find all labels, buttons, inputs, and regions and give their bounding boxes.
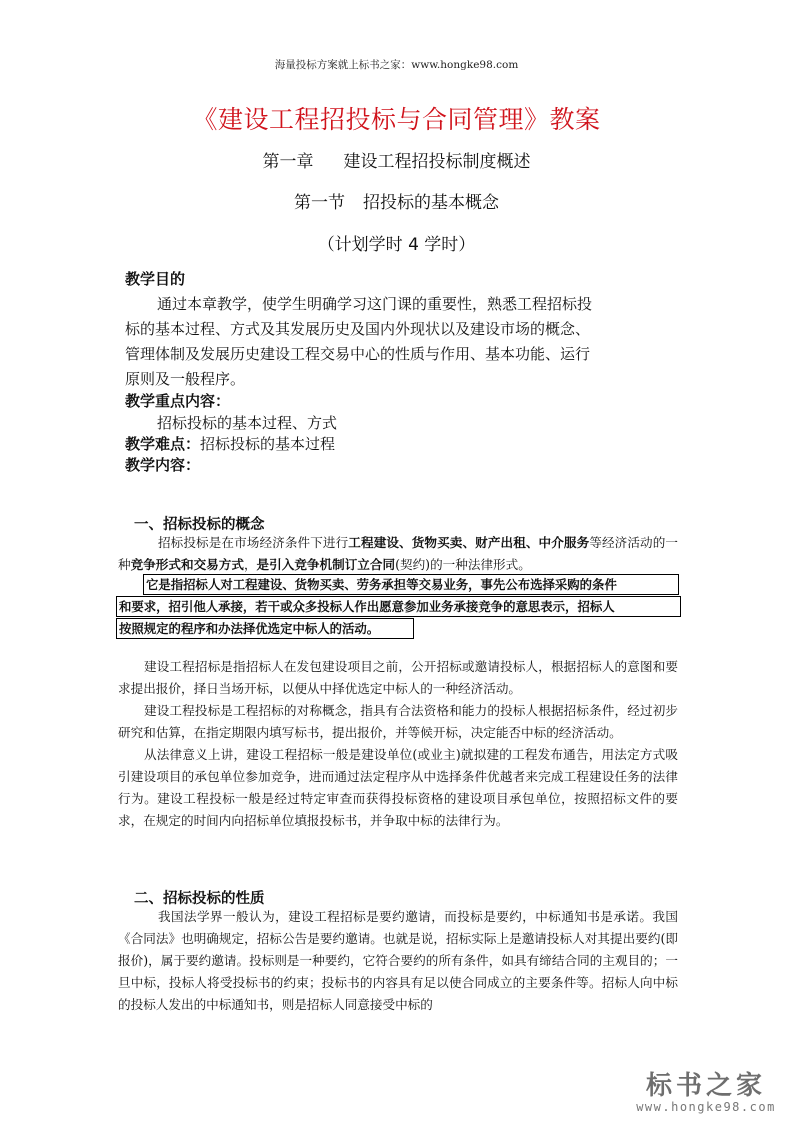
objectives-block: 教学目的 通过本章教学，使学生明确学习这门课的重要性，熟悉工程招标投 标的基本过…: [125, 267, 635, 392]
boxed-definition-line-2: 和要求，招引他人承接，若干或众多投标人作出愿意参加业务承接竞争的意思表示，招标人: [116, 596, 681, 617]
difficulty-label: 教学难点：: [125, 435, 200, 453]
p3-text: 建设工程投标是工程招标的对称概念，指具有合法资格和能力的投标人根据招标条件，经过…: [118, 700, 678, 744]
watermark-logo: 标书之家 www.hongke98.com: [631, 1065, 781, 1114]
p1-text-a: 招标投标是在市场经济条件下进行: [158, 535, 348, 550]
p1-bold-d: 竞争形式和交易方式: [131, 557, 244, 572]
objectives-line-2: 标的基本过程、方式及其发展历史及国内外现状以及建设市场的概念、: [125, 317, 635, 342]
section2-p1-text: 我国法学界一般认为，建设工程招标是要约邀请，而投标是要约，中标通知书是承诺。我国…: [118, 906, 678, 1016]
section-heading: 第一节招投标的基本概念: [0, 188, 793, 213]
section2-paragraph-1: 我国法学界一般认为，建设工程招标是要约邀请，而投标是要约，中标通知书是承诺。我国…: [118, 906, 678, 1016]
objectives-line-4: 原则及一般程序。: [125, 367, 635, 392]
chapter-number: 第一章: [263, 152, 314, 172]
difficulty-row: 教学难点：招标投标的基本过程: [125, 434, 635, 455]
section1-heading: 一、招标投标的概念: [134, 513, 265, 534]
key-points-label: 教学重点内容：: [125, 391, 635, 412]
p1-bold-f: 是引入竞争机制订立合同: [257, 557, 396, 572]
watermark-brand: 标书之家: [631, 1065, 781, 1102]
p1-bold-b: 工程建设、货物买卖、财产出租、中介服务: [348, 535, 589, 550]
chapter-heading: 第一章建设工程招投标制度概述: [0, 147, 793, 172]
objectives-line-1: 通过本章教学，使学生明确学习这门课的重要性，熟悉工程招标投: [125, 292, 635, 317]
objectives-label: 教学目的: [125, 267, 635, 292]
section1-paragraph-2: 建设工程招标是指招标人在发包建设项目之前，公开招标或邀请投标人，根据招标人的意图…: [118, 656, 678, 832]
boxed-definition-line-1: 它是指招标人对工程建设、货物买卖、劳务承担等交易业务，事先公布选择采购的条件: [143, 574, 679, 595]
section1-paragraph-1: 招标投标是在市场经济条件下进行工程建设、货物买卖、财产出租、中介服务等经济活动的…: [118, 532, 678, 576]
watermark-url: www.hongke98.com: [631, 1100, 781, 1114]
p1-text-e: ，: [244, 557, 257, 572]
section-number: 第一节: [294, 193, 345, 213]
chapter-name: 建设工程招投标制度概述: [344, 152, 531, 172]
section2-heading: 二、招标投标的性质: [134, 887, 265, 908]
key-points-block: 教学重点内容： 招标投标的基本过程、方式 教学难点：招标投标的基本过程 教学内容…: [125, 391, 635, 476]
boxed-definition-line-3: 按照规定的程序和办法择优选定中标人的活动。: [116, 618, 414, 639]
p1-text-g: (契约)的一种法律形式。: [395, 557, 531, 572]
difficulty-text: 招标投标的基本过程: [200, 435, 335, 453]
section-name: 招投标的基本概念: [363, 193, 499, 213]
planned-hours: （计划学时 4 学时）: [0, 230, 793, 255]
document-title: 《建设工程招投标与合同管理》教案: [0, 100, 793, 136]
p4-text: 从法律意义上讲，建设工程招标一般是建设单位(或业主)就拟建的工程发布通告，用法定…: [118, 744, 678, 832]
page-header: 海量投标方案就上标书之家：www.hongke98.com: [0, 57, 793, 72]
content-label: 教学内容：: [125, 455, 635, 476]
p2-text: 建设工程招标是指招标人在发包建设项目之前，公开招标或邀请投标人，根据招标人的意图…: [118, 656, 678, 700]
objectives-line-3: 管理体制及发展历史建设工程交易中心的性质与作用、基本功能、运行: [125, 342, 635, 367]
key-points-text: 招标投标的基本过程、方式: [125, 413, 635, 434]
